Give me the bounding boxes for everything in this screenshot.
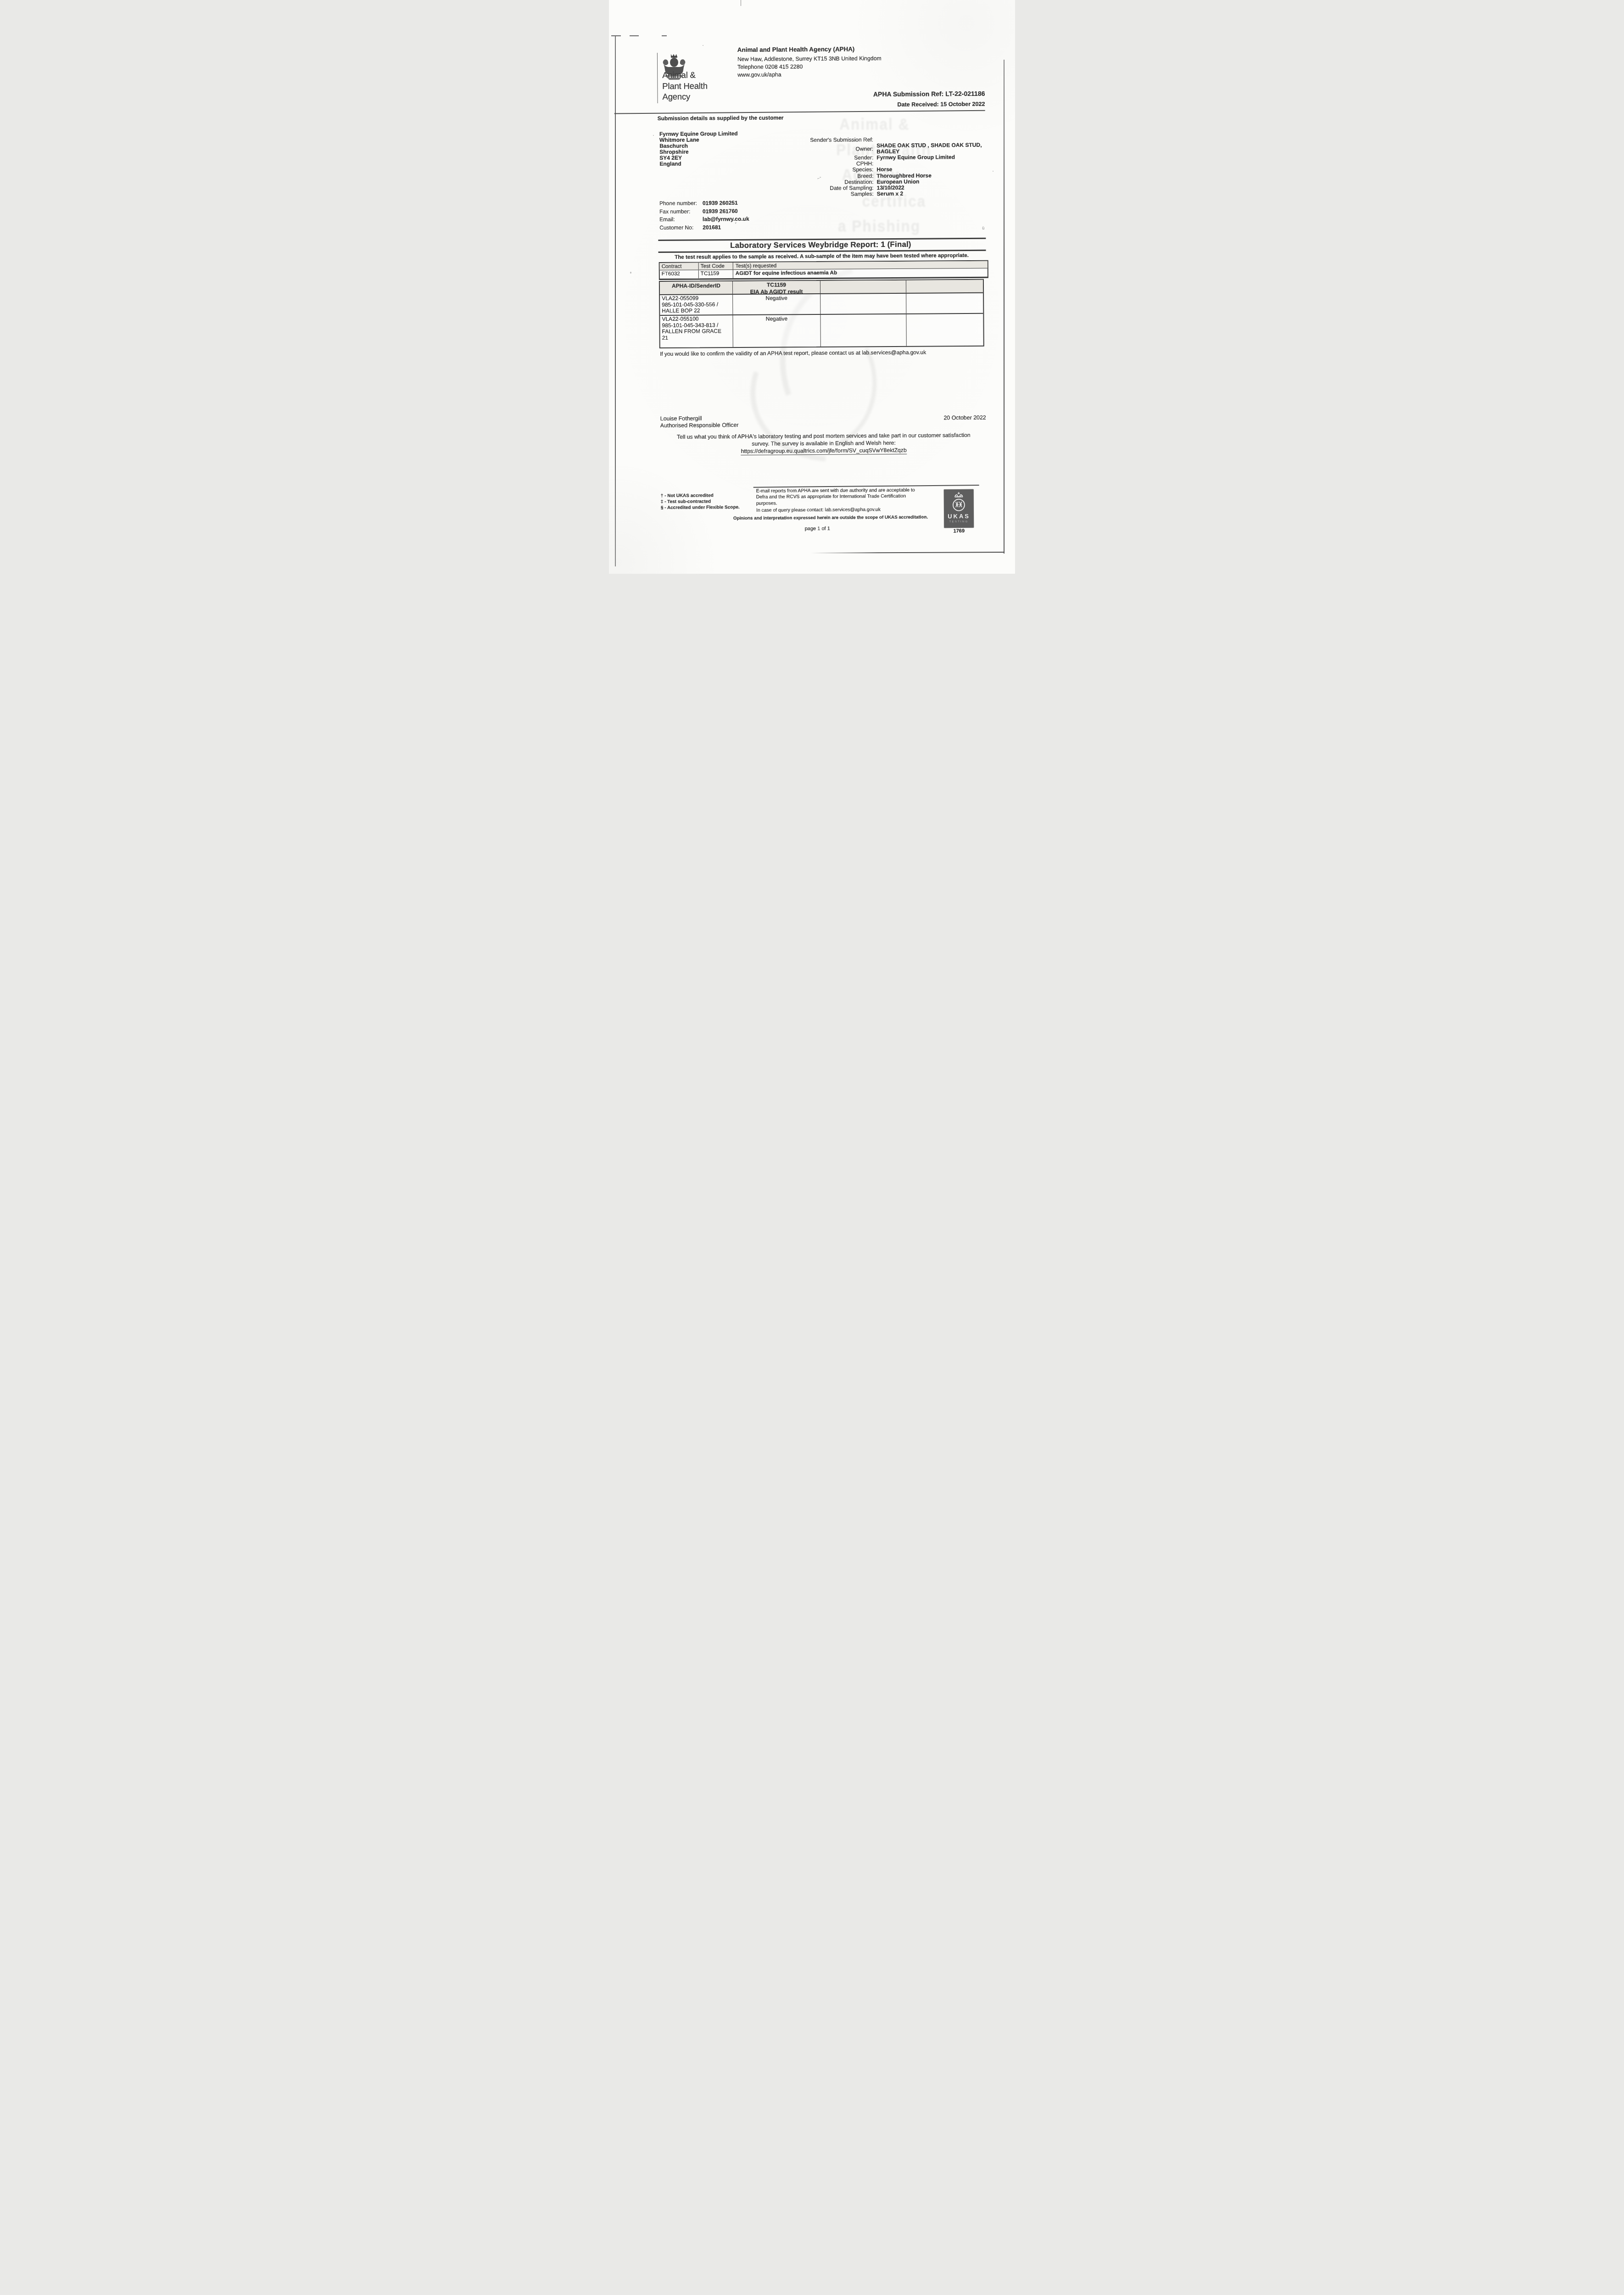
agency-logo-wordmark: Animal & Plant Health Agency: [662, 69, 708, 102]
survey-link: https://defragroup.eu.qualtrics.com/jfe/…: [741, 447, 907, 455]
query-contact-line: In case of query please contact: lab.ser…: [756, 507, 936, 514]
ukas-wordmark: UKAS: [944, 513, 974, 520]
logo-line-2: Plant Health: [662, 80, 708, 91]
customer-contact-block: Phone number: 01939 260251 Fax number: 0…: [659, 200, 749, 233]
signatory-name: Louise Fothergill: [660, 415, 702, 422]
pen-mark-artifact: ü: [982, 226, 984, 230]
scanned-document-page: Animal & Plant Health Agency certifica a…: [609, 0, 1015, 574]
submission-ref: APHA Submission Ref: LT-22-021186: [846, 90, 985, 98]
logo-line-3: Agency: [662, 91, 708, 102]
result-cell: Negative: [733, 294, 820, 314]
ghost-text-line: Animal &: [839, 116, 910, 134]
customer-address-block: Fyrnwy Equine Group Limited Whitmore Lan…: [659, 131, 738, 167]
contact-label: Fax number:: [659, 208, 703, 216]
column-header-empty: [906, 280, 983, 293]
contact-label: Customer No:: [659, 224, 703, 233]
agency-website: www.gov.uk/apha: [737, 71, 781, 78]
detail-value: Serum x 2: [877, 190, 985, 197]
section-heading: Submission details as supplied by the cu…: [658, 114, 784, 122]
test-code-cell: TC1159: [699, 270, 733, 278]
detail-row: Owner: SHADE OAK STUD , SHADE OAK STUD, …: [804, 142, 984, 156]
detail-label: Sender's Submission Ref:: [804, 137, 873, 143]
contact-row: Phone number: 01939 260251: [659, 200, 749, 208]
sample-id-cell: VLA22-055100 985-101-045-343-813 / FALLE…: [660, 315, 733, 347]
ukas-number: 1769: [944, 528, 974, 534]
ukas-subtitle: TESTING: [944, 521, 974, 523]
submission-details-block: Sender's Submission Ref: Owner: SHADE OA…: [804, 136, 985, 197]
result-cell: Negative: [733, 315, 820, 347]
contact-label: Phone number:: [659, 200, 703, 208]
test-code-header: TC1159: [735, 281, 818, 288]
sample-id-line: VLA22-055100: [662, 316, 731, 323]
report-date: 20 October 2022: [931, 414, 986, 421]
address-line: Baschurch: [659, 143, 738, 149]
ghost-text-line: a Phishing: [838, 218, 921, 235]
address-line: England: [659, 161, 738, 167]
contact-value: 01939 261760: [703, 208, 749, 216]
contact-row: Fax number: 01939 261760: [659, 208, 749, 217]
pen-mark-artifact: ⌐": [818, 176, 821, 180]
contact-value: 201681: [703, 224, 749, 232]
results-table: APHA-ID/SenderID TC1159 EIA Ab AGIDT res…: [659, 279, 984, 348]
detail-label: Samples:: [805, 191, 874, 197]
empty-cell: [906, 293, 983, 313]
footnote: ‡ - Test sub-contracted: [661, 499, 711, 504]
logo-divider-bar: [657, 53, 658, 103]
detail-row: Samples: Serum x 2: [805, 190, 985, 197]
tests-requested-table: Contract Test Code Test(s) requested FT6…: [659, 260, 988, 280]
contact-row: Customer No: 201681: [659, 224, 749, 233]
agency-address: New Haw, Addlestone, Surrey KT15 3NB Uni…: [737, 55, 882, 62]
detail-value: SHADE OAK STUD , SHADE OAK STUD, BAGLEY: [876, 142, 984, 155]
footnote: § - Accredited under Flexible Scope.: [661, 505, 740, 510]
footnote: † - Not UKAS accredited: [661, 493, 714, 498]
page-number: page 1 of 1: [789, 526, 846, 532]
header-divider-rule: [614, 110, 985, 114]
address-line: Whitmore Lane: [659, 137, 738, 143]
email-note-line: purposes.: [756, 499, 936, 507]
sample-id-line: 21: [662, 335, 731, 341]
empty-cell: [820, 294, 906, 314]
report-title: Laboratory Services Weybridge Report: 1 …: [657, 240, 984, 251]
column-header: Contract: [660, 263, 699, 270]
detail-label: Owner:: [804, 146, 873, 152]
empty-cell: [906, 314, 983, 346]
validity-note: If you would like to confirm the validit…: [660, 349, 981, 357]
date-received: Date Received: 15 October 2022: [847, 101, 985, 108]
agency-phone: Telephone 0208 415 2280: [737, 63, 803, 70]
contact-label: Email:: [659, 216, 703, 224]
table-row: FT6032 TC1159 AGIDT for equine infectiou…: [660, 269, 988, 279]
column-header-empty: [820, 280, 906, 293]
report-note: The test result applies to the sample as…: [658, 252, 986, 260]
signatory-role: Authorised Responsible Officer: [660, 422, 739, 429]
column-header: APHA-ID/SenderID: [660, 281, 733, 294]
ukas-crown-circle-icon: [944, 491, 974, 513]
contact-value: 01939 260251: [703, 200, 749, 208]
agency-title: Animal and Plant Health Agency (APHA): [737, 45, 855, 53]
test-requested-cell: AGIDT for equine infectious anaemia Ab: [733, 269, 988, 278]
logo-line-1: Animal &: [662, 69, 708, 80]
contract-cell: FT6032: [660, 270, 699, 279]
table-row: VLA22-055099 985-101-045-330-556 / HALLE…: [660, 293, 983, 316]
sample-id-line: HALLE BOP 22: [662, 308, 731, 314]
address-line: Shropshire: [659, 149, 738, 155]
survey-link-line: https://defragroup.eu.qualtrics.com/jfe/…: [654, 447, 993, 455]
sample-id-line: FALLEN FROM GRACE: [662, 328, 731, 335]
column-header: Test Code: [699, 263, 733, 269]
table-row: VLA22-055100 985-101-045-343-813 / FALLE…: [660, 314, 983, 347]
sample-id-cell: VLA22-055099 985-101-045-330-556 / HALLE…: [660, 295, 733, 315]
column-header: TC1159 EIA Ab AGIDT result: [733, 281, 820, 294]
table-header-row: APHA-ID/SenderID TC1159 EIA Ab AGIDT res…: [660, 280, 983, 295]
address-line: SY4 2EY: [659, 155, 738, 161]
sample-id-line: VLA22-055099: [662, 295, 731, 302]
empty-cell: [820, 314, 906, 347]
ukas-scope-note: Opinions and interpretation expressed he…: [693, 515, 968, 521]
contact-value: lab@fyrnwy.co.uk: [703, 216, 749, 224]
email-authority-note: E-mail reports from APHA are sent with d…: [756, 487, 936, 514]
